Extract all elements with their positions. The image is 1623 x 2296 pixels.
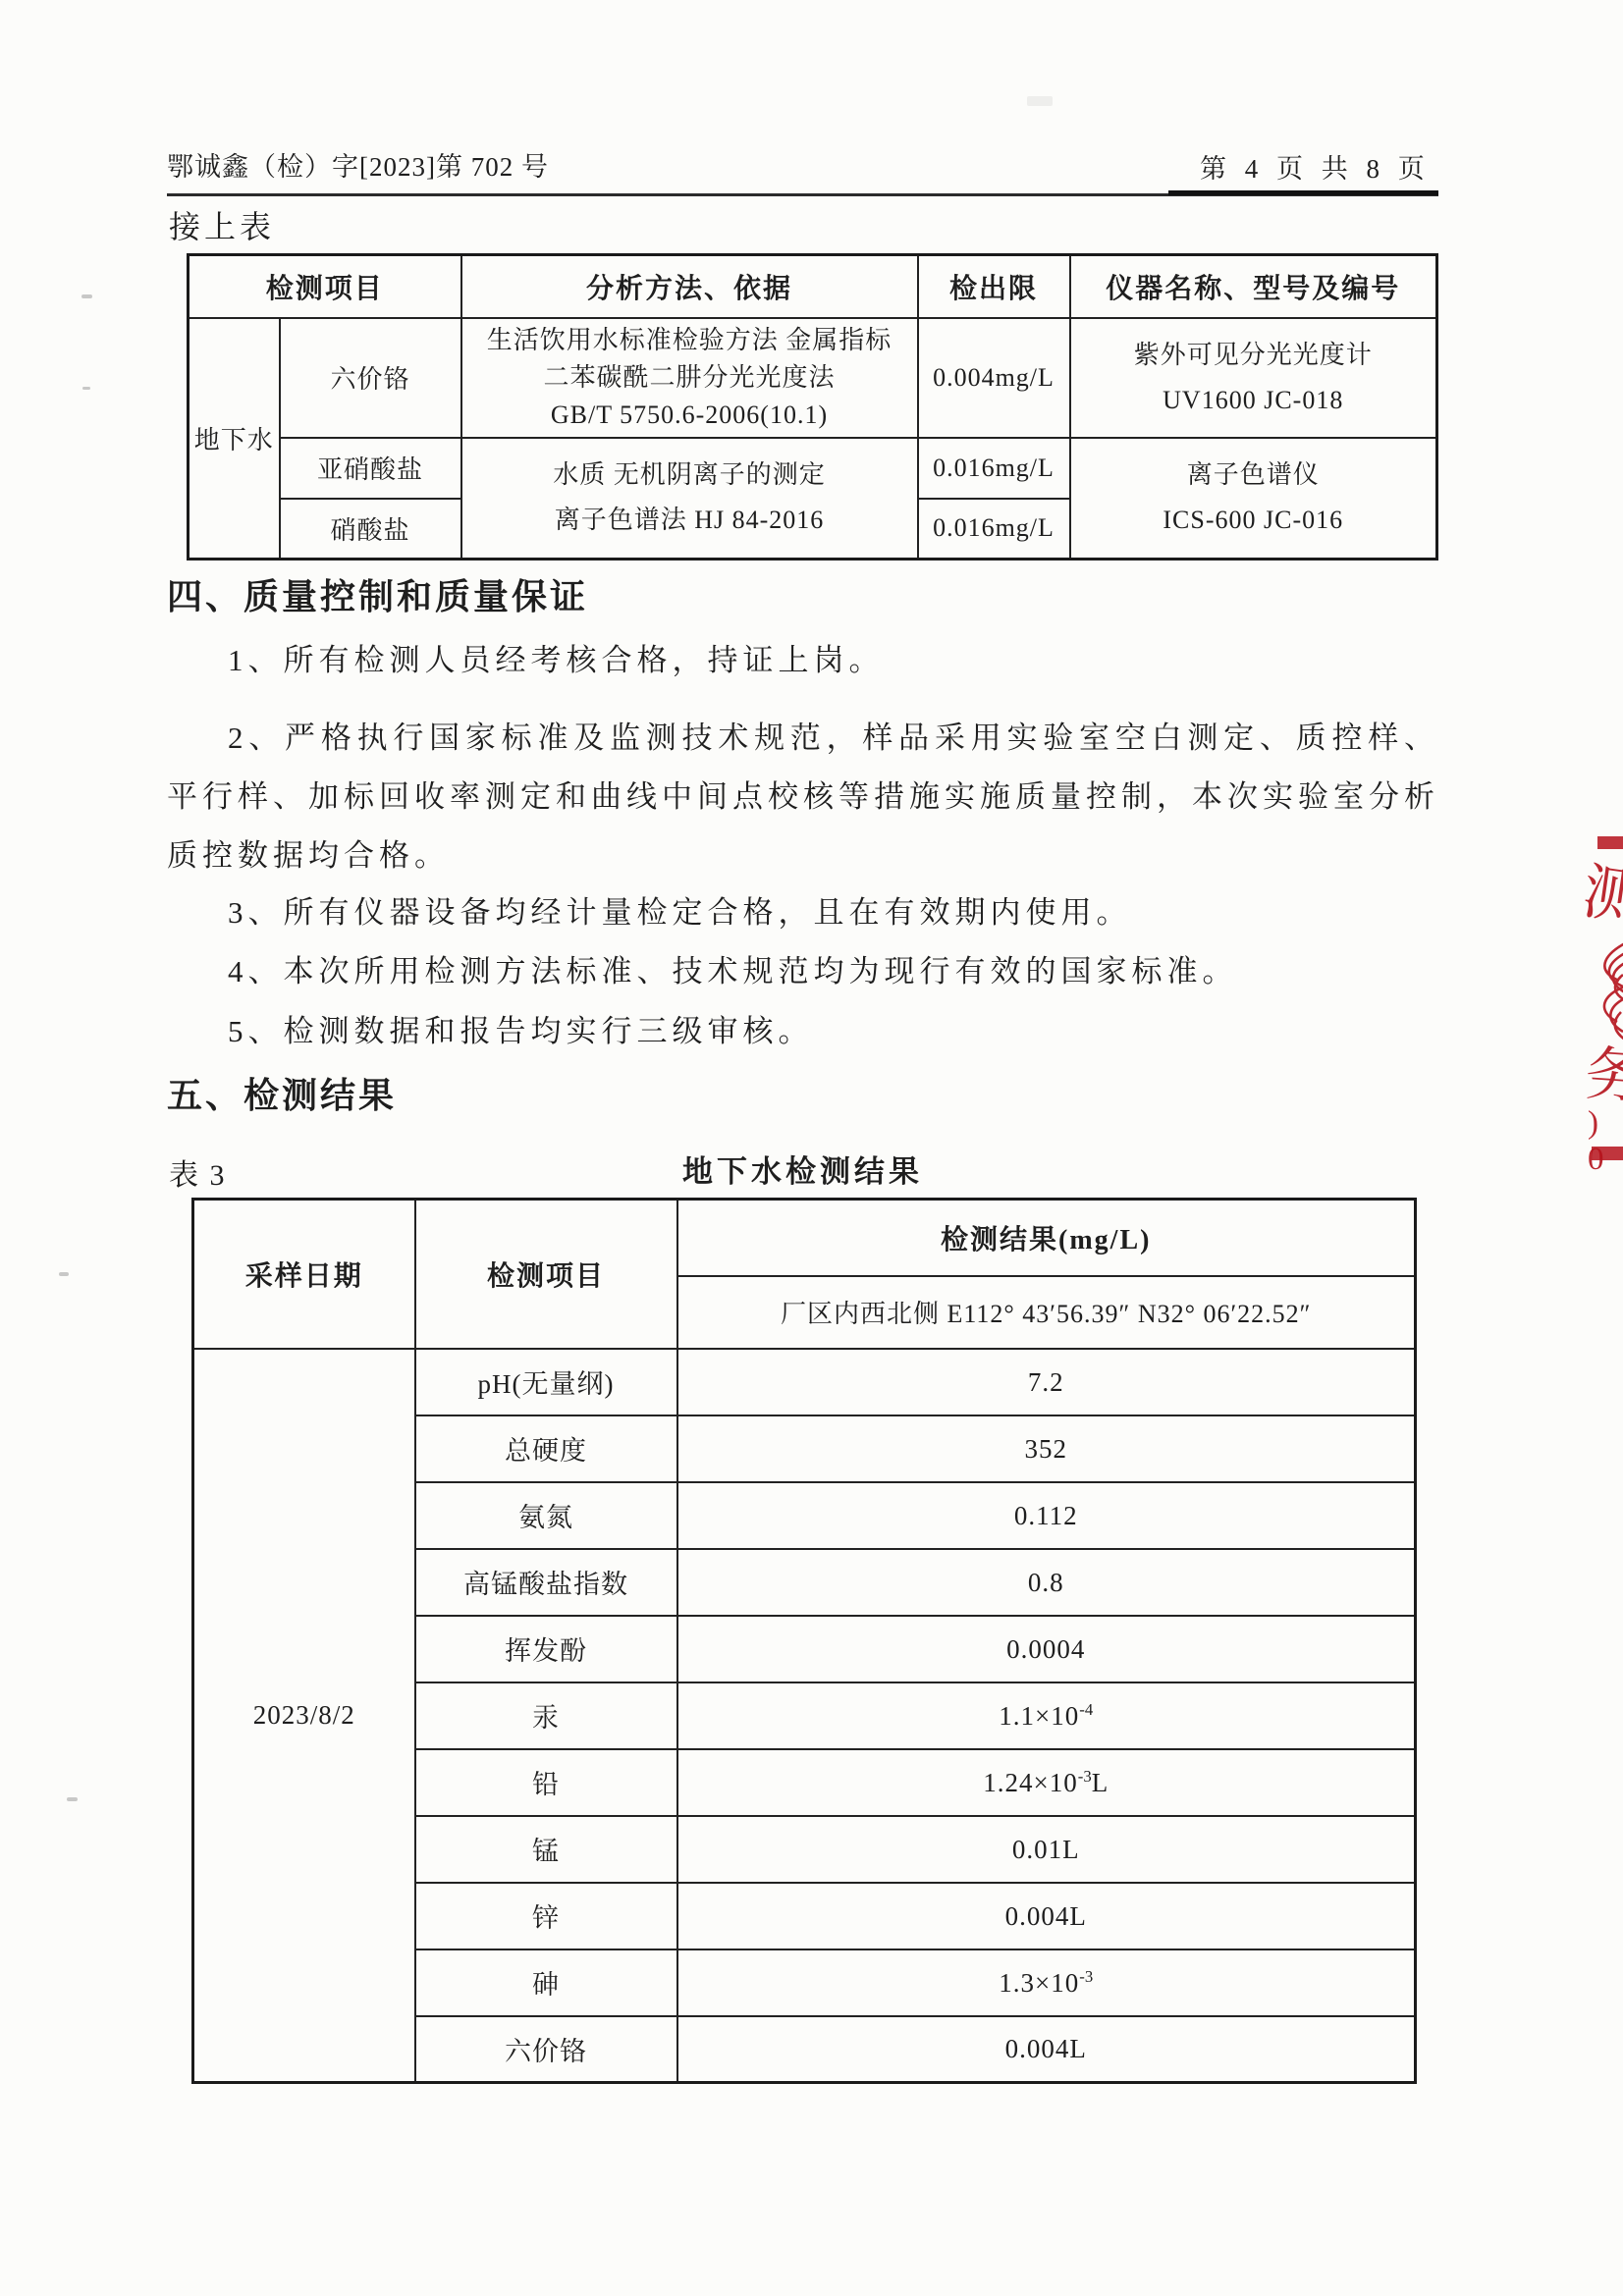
param-cell: 总硬度 (415, 1415, 677, 1482)
param-cell: 氨氮 (415, 1482, 677, 1549)
value-cell: 0.004L (677, 1883, 1416, 1949)
sample-type-cell: 地下水 (189, 318, 280, 560)
seal-fragment-digits: ) 0 (1588, 1105, 1623, 1178)
qc-item-2: 2、严格执行国家标准及监测技术规范，样品采用实验室空白测定、质控样、平行样、加标… (167, 709, 1439, 885)
value-cell: 1.3×10-3 (677, 1949, 1416, 2016)
value-cell: 352 (677, 1415, 1416, 1482)
method-table: 检测项目 分析方法、依据 检出限 仪器名称、型号及编号 地下水 六价铬 生活饮用… (187, 253, 1438, 561)
doc-number: 鄂诚鑫（检）字[2023]第 702 号 (167, 145, 549, 184)
method-line: 离子色谱法 HJ 84-2016 (466, 498, 913, 543)
result-row: 2023/8/2 pH(无量纲) 7.2 (193, 1349, 1416, 1415)
method-cell: 水质 无机阴离子的测定 离子色谱法 HJ 84-2016 (461, 438, 918, 560)
value-cell: 0.8 (677, 1549, 1416, 1616)
scan-mark (59, 1272, 69, 1276)
method-line: 生活饮用水标准检验方法 金属指标 (466, 322, 913, 359)
method-line: 水质 无机阴离子的测定 (466, 453, 913, 498)
param-cell: 砷 (415, 1949, 677, 2016)
instrument-cell: 离子色谱仪 ICS-600 JC-016 (1070, 438, 1437, 560)
scan-mark (82, 387, 90, 390)
param-cell: 铅 (415, 1749, 677, 1816)
table-row: 地下水 六价铬 生活饮用水标准检验方法 金属指标 二苯碳酰二肼分光光度法 GB/… (189, 318, 1437, 438)
table-row: 亚硝酸盐 水质 无机阴离子的测定 离子色谱法 HJ 84-2016 0.016m… (189, 438, 1437, 499)
param-cell: 六价铬 (415, 2016, 677, 2083)
header-cell-result: 检测结果(mg/L) (677, 1200, 1416, 1276)
limit-cell: 0.004mg/L (918, 318, 1070, 438)
limit-cell: 0.016mg/L (918, 499, 1070, 560)
seal-fragment-character: 测 (1578, 842, 1623, 937)
method-cell: 生活饮用水标准检验方法 金属指标 二苯碳酰二肼分光光度法 GB/T 5750.6… (461, 318, 918, 438)
value-cell: 0.0004 (677, 1616, 1416, 1682)
seal-fragment-block (1592, 1147, 1623, 1160)
value-cell: 0.004L (677, 2016, 1416, 2083)
value-cell: 7.2 (677, 1349, 1416, 1415)
header-cell-method: 分析方法、依据 (461, 255, 918, 318)
method-line: GB/T 5750.6-2006(10.1) (466, 397, 913, 434)
header-cell-date: 采样日期 (193, 1200, 415, 1349)
qc-item-3: 3、所有仪器设备均经计量检定合格，且在有效期内使用。 (167, 883, 1439, 942)
limit-cell: 0.016mg/L (918, 438, 1070, 499)
header-cell-limit: 检出限 (918, 255, 1070, 318)
results-table: 采样日期 检测项目 检测结果(mg/L) 厂区内西北侧 E112° 43′56.… (191, 1198, 1417, 2084)
header-cell-item: 检测项目 (415, 1200, 677, 1349)
param-cell: 六价铬 (280, 318, 461, 438)
header-cell-item: 检测项目 (189, 255, 461, 318)
qc-section-title: 四、质量控制和质量保证 (167, 569, 588, 619)
instrument-line: UV1600 JC-018 (1075, 378, 1433, 423)
header-rule-thick-segment (1168, 190, 1438, 195)
header-cell-instrument: 仪器名称、型号及编号 (1070, 255, 1437, 318)
document-page: 鄂诚鑫（检）字[2023]第 702 号 第 4 页 共 8 页 接上表 检测项… (0, 0, 1623, 2296)
param-cell: 汞 (415, 1682, 677, 1749)
param-cell: 亚硝酸盐 (280, 438, 461, 499)
continuation-note: 接上表 (169, 202, 275, 247)
param-cell: 高锰酸盐指数 (415, 1549, 677, 1616)
method-table-header-row: 检测项目 分析方法、依据 检出限 仪器名称、型号及编号 (189, 255, 1437, 318)
instrument-cell: 紫外可见分光光度计 UV1600 JC-018 (1070, 318, 1437, 438)
page-indicator: 第 4 页 共 8 页 (1200, 147, 1431, 186)
scan-mark (67, 1797, 78, 1801)
param-cell: 锌 (415, 1883, 677, 1949)
qc-item-1: 1、所有检测人员经考核合格，持证上岗。 (167, 631, 1439, 690)
value-cell: 0.01L (677, 1816, 1416, 1883)
param-cell: pH(无量纲) (415, 1349, 677, 1415)
instrument-line: 紫外可见分光光度计 (1075, 333, 1433, 378)
seal-fragment-character: 务 (1583, 1027, 1623, 1115)
param-cell: 挥发酚 (415, 1616, 677, 1682)
results-section-title: 五、检测结果 (167, 1068, 397, 1118)
sampling-location-cell: 厂区内西北侧 E112° 43′56.39″ N32° 06′22.52″ (677, 1276, 1416, 1349)
instrument-line: 离子色谱仪 (1075, 453, 1433, 498)
param-cell: 锰 (415, 1816, 677, 1883)
value-cell: 0.112 (677, 1482, 1416, 1549)
scan-mark (1027, 96, 1053, 106)
results-header-row: 采样日期 检测项目 检测结果(mg/L) (193, 1200, 1416, 1276)
instrument-line: ICS-600 JC-016 (1075, 498, 1433, 543)
qc-item-5: 5、检测数据和报告均实行三级审核。 (167, 1002, 1439, 1061)
sample-date-cell: 2023/8/2 (193, 1349, 415, 2083)
scan-mark (81, 294, 92, 298)
value-cell: 1.1×10-4 (677, 1682, 1416, 1749)
results-table-title: 地下水检测结果 (191, 1147, 1414, 1191)
value-cell: 1.24×10-3L (677, 1749, 1416, 1816)
method-line: 二苯碳酰二肼分光光度法 (466, 359, 913, 397)
qc-item-4: 4、本次所用检测方法标准、技术规范均为现行有效的国家标准。 (167, 942, 1439, 1001)
param-cell: 硝酸盐 (280, 499, 461, 560)
